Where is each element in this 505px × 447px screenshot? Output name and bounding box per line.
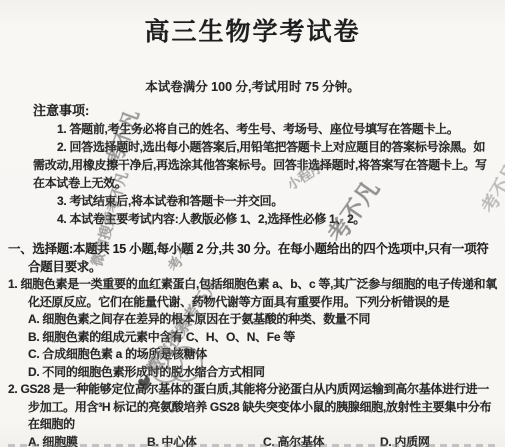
exam-paper-page: 高三生物学考试卷 本试卷满分 100 分,考试用时 75 分钟。 注意事项: 1… (0, 0, 505, 447)
question-1-option-c: C. 合成细胞色素 a 的场所是核糖体 (28, 346, 497, 364)
question-1-option-a: A. 细胞色素之间存在差异的根本原因在于氨基酸的种类、数量不同 (28, 311, 497, 329)
notice-item-4: 4. 本试卷主要考试内容:人教版必修 1、2,选择性必修 1、2。 (33, 210, 495, 228)
question-1-stem: 1. 细胞色素是一类重要的血红素蛋白,包括细胞色素 a、b、c 等,其广泛参与细… (8, 276, 497, 311)
section-heading: 一、选择题:本题共 15 小题,每小题 2 分,共 30 分。在每小题给出的四个… (8, 241, 497, 276)
question-1-option-b: B. 细胞色素的组成元素中含有 C、H、O、N、Fe 等 (28, 329, 497, 347)
notice-item-1: 1. 答题前,考生务必将自己的姓名、考生号、考场号、座位号填写在答题卡上。 (33, 120, 495, 138)
question-1: 1. 细胞色素是一类重要的血红素蛋白,包括细胞色素 a、b、c 等,其广泛参与细… (0, 276, 505, 381)
question-2-stem: 2. GS28 是一种能够定位高尔基体的蛋白质,其能将分泌蛋白从内质网运输到高尔… (8, 381, 497, 434)
notice-heading: 注意事项: (33, 102, 495, 120)
notice-item-2: 2. 回答选择题时,选出每小题答案后,用铅笔把答题卡上对应题目的答案标号涂黑。如… (33, 138, 495, 192)
page-title: 高三生物学考试卷 (0, 14, 505, 50)
exam-info: 本试卷满分 100 分,考试用时 75 分钟。 (0, 80, 505, 95)
notice-item-3: 3. 考试结束后,将本试卷和答题卡一并交回。 (33, 192, 495, 210)
question-2: 2. GS28 是一种能够定位高尔基体的蛋白质,其能将分泌蛋白从内质网运输到高尔… (0, 381, 505, 447)
question-1-option-d: D. 不同的细胞色素形成时的脱水缩合方式相同 (28, 364, 497, 382)
